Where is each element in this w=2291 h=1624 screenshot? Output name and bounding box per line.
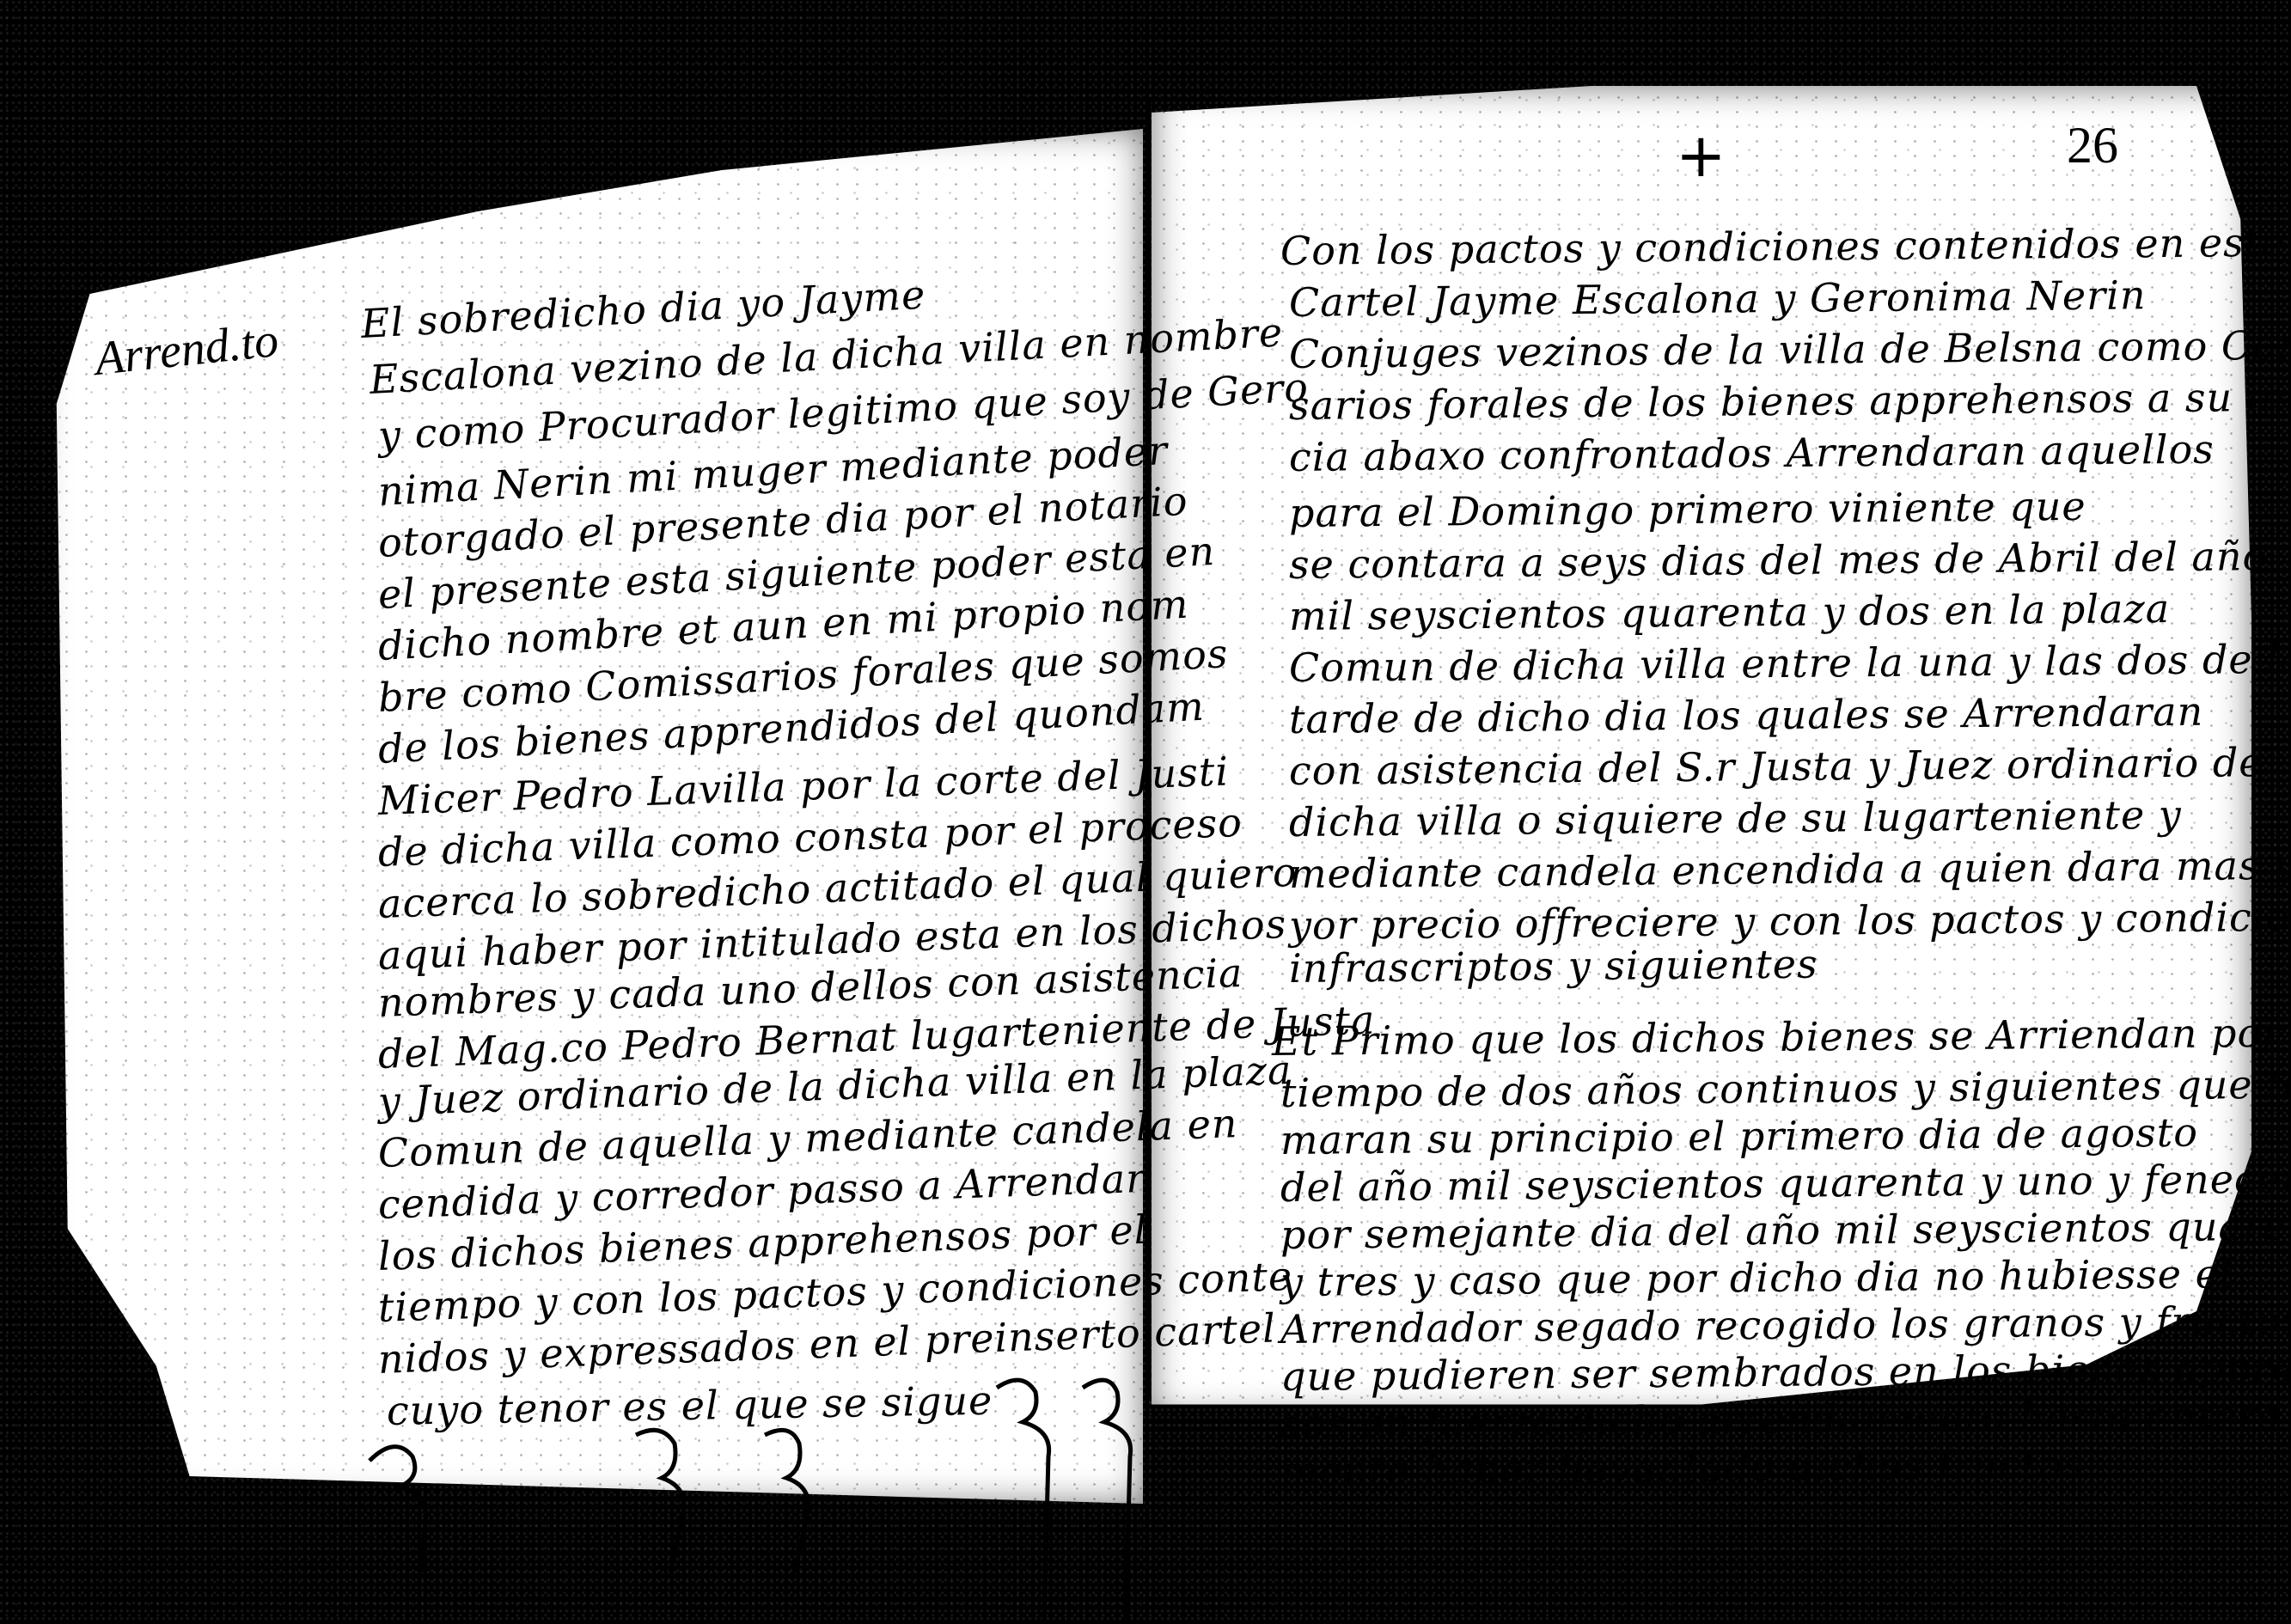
right-line: por semejante dia del año mil seysciento… <box>1280 1202 2291 1258</box>
right-line: para el Domingo primero viniente que <box>1289 483 2086 536</box>
right-line: Arrendador segado recogido los granos y … <box>1280 1297 2291 1352</box>
right-line: maran su principio el primero dia de ago… <box>1280 1109 2198 1163</box>
right-line: tiempo de dos años continuos y siguiente… <box>1280 1061 2291 1116</box>
right-line: que pudieren ser sembrados en los bienes… <box>1280 1344 2291 1400</box>
right-line: y tres y caso que por dicho dia no hubie… <box>1280 1250 2233 1305</box>
header-cross-mark: + <box>1676 120 1726 191</box>
closing-flourish <box>988 1371 1160 1624</box>
right-line: Cartel Jayme Escalona y Geronima Nerin <box>1289 272 2147 326</box>
right-line: mil seyscientos quarenta y dos en la pla… <box>1289 585 2171 639</box>
folio-number: 26 <box>2067 116 2118 175</box>
right-line: del año mil seyscientos quarenta y uno y… <box>1280 1155 2291 1211</box>
right-line: cia abaxo confrontados Arrendaran aquell… <box>1289 426 2215 480</box>
right-line: sos en fuerza dicho arrendamiento hasta … <box>1280 1392 2282 1447</box>
right-line: mente haber llevantado dichos fructos <box>1280 1441 2085 1494</box>
page-gutter <box>1147 99 1151 1396</box>
right-line: con asistencia del S.r Justa y Juez ordi… <box>1289 739 2264 794</box>
right-line: dicha villa o siquiere de su lugartenien… <box>1289 791 2182 846</box>
right-line: se contara a seys dias del mes de Abril … <box>1289 533 2268 588</box>
right-line: Con los pactos y condiciones contenidos … <box>1280 219 2286 274</box>
right-line: Conjuges vezinos de la villa de Belsna c… <box>1289 321 2291 377</box>
right-line: tarde de dicho dia los quales se Arrenda… <box>1289 688 2204 742</box>
right-line: Et Primo que los dichos bienes se Arrien… <box>1272 1010 2282 1065</box>
closing-flourish <box>361 1426 962 1572</box>
right-line: infrascriptos y siguientes <box>1289 941 1818 992</box>
right-line: mediante candela encendida a quien dara … <box>1289 841 2291 897</box>
right-line: sarios forales de los bienes apprehensos… <box>1289 373 2291 429</box>
right-line: Comun de dicha villa entre la una y las … <box>1289 636 2291 691</box>
